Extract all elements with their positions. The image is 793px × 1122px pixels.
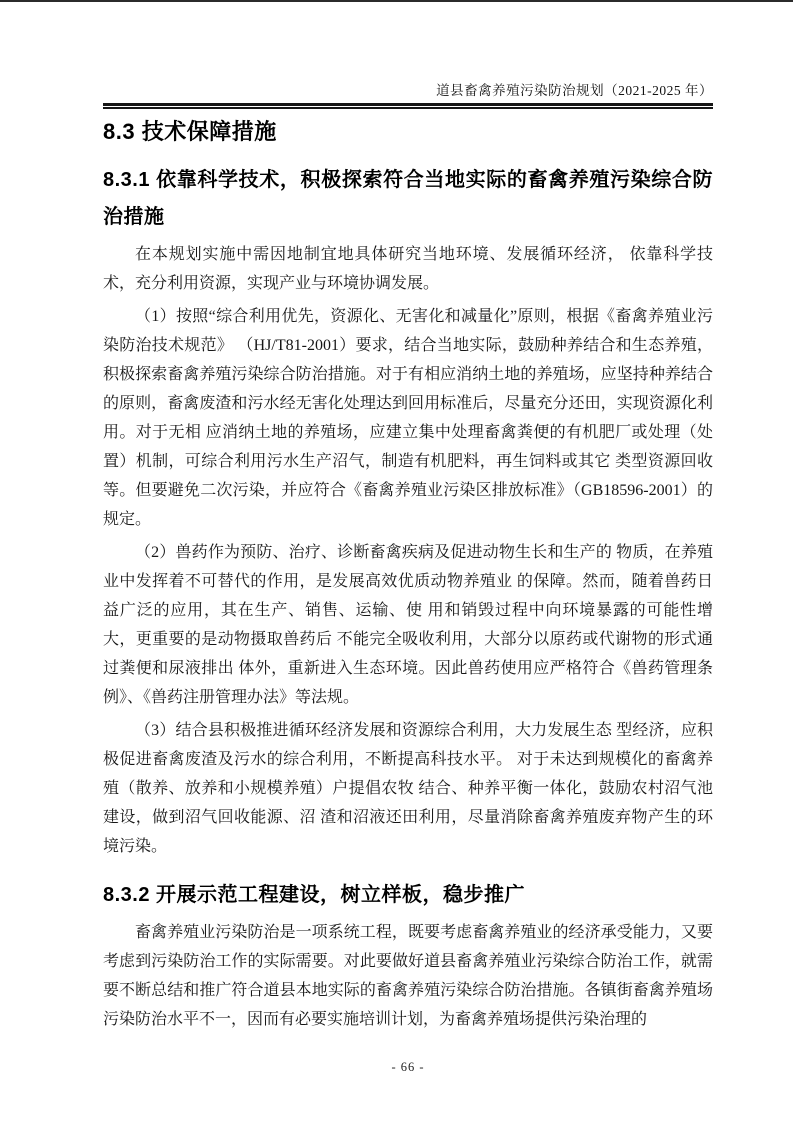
- page-footer: - 66 -: [103, 1058, 713, 1076]
- section-8-3-1-paragraph-item-3: （3）结合县积极推进循环经济发展和资源综合利用，大力发展生态 型经济，应积极促进…: [103, 716, 713, 861]
- document-body: 8.3 技术保障措施 8.3.1 依靠科学技术，积极探索符合当地实际的畜禽养殖污…: [103, 118, 713, 1034]
- running-header-title: 道县畜禽养殖污染防治规划（2021-2025 年）: [103, 82, 713, 99]
- document-page: 道县畜禽养殖污染防治规划（2021-2025 年） 8.3 技术保障措施 8.3…: [0, 0, 793, 1122]
- section-8-3-2-heading: 8.3.2 开展示范工程建设，树立样板，稳步推广: [103, 877, 713, 914]
- header-rule-thick-line: [103, 103, 713, 106]
- page-number: - 66 -: [391, 1060, 424, 1074]
- section-8-3-1-paragraph-item-2: （2）兽药作为预防、治疗、诊断畜禽疾病及促进动物生长和生产的 物质，在养殖业中发…: [103, 538, 713, 712]
- page-header: 道县畜禽养殖污染防治规划（2021-2025 年）: [103, 82, 713, 109]
- header-rule: [103, 103, 713, 109]
- section-8-3-1-heading: 8.3.1 依靠科学技术，积极探索符合当地实际的畜禽养殖污染综合防治措施: [103, 162, 713, 236]
- section-8-3-1-paragraph-item-1: （1）按照“综合利用优先，资源化、无害化和减量化”原则，根据《畜禽养殖业污染防治…: [103, 302, 713, 534]
- section-8-3-1-paragraph-intro: 在本规划实施中需因地制宜地具体研究当地环境、发展循环经济， 依靠科学技术，充分利…: [103, 240, 713, 298]
- header-rule-thin-line: [103, 107, 713, 109]
- section-8-3-heading: 8.3 技术保障措施: [103, 118, 713, 145]
- section-8-3-2-paragraph-1: 畜禽养殖业污染防治是一项系统工程，既要考虑畜禽养殖业的经济承受能力，又要考虑到污…: [103, 918, 713, 1034]
